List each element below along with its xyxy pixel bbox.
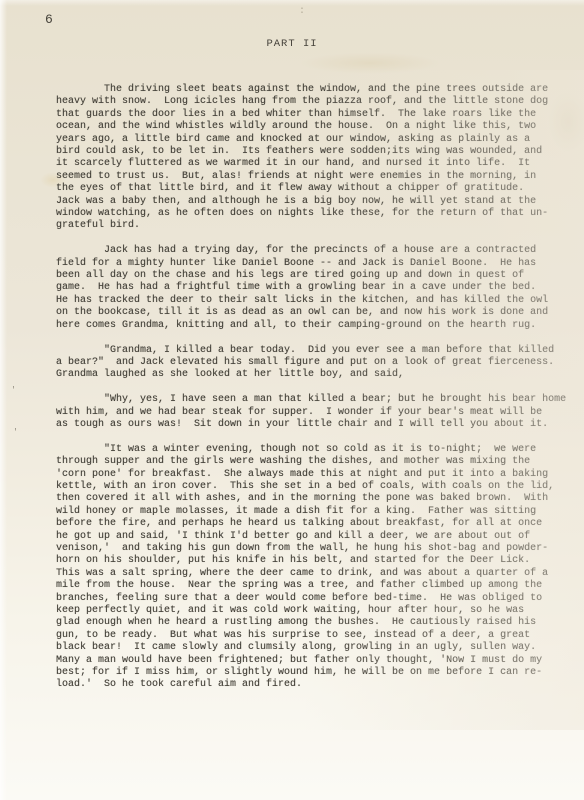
paragraph: The driving sleet beats against the wind…	[56, 84, 568, 233]
paragraph: "Grandma, I killed a bear today. Did you…	[56, 345, 568, 382]
document-body: The driving sleet beats against the wind…	[56, 84, 568, 704]
paragraph: Jack has had a trying day, for the preci…	[56, 245, 568, 332]
paragraph: "It was a winter evening, though not so …	[56, 444, 568, 692]
page-edge-highlight	[0, 0, 584, 6]
paragraph: "Why, yes, I have seen a man that killed…	[56, 394, 568, 431]
scan-stray-mark: :	[299, 6, 305, 17]
part-title: PART II	[0, 38, 584, 50]
page-edge-highlight	[0, 0, 7, 800]
scanned-page: 6 : PART II The driving sleet beats agai…	[0, 0, 584, 800]
margin-speck: '	[11, 386, 16, 395]
page-number: 6	[45, 12, 53, 27]
margin-speck: '	[13, 428, 18, 437]
paper-stain	[300, 52, 440, 74]
